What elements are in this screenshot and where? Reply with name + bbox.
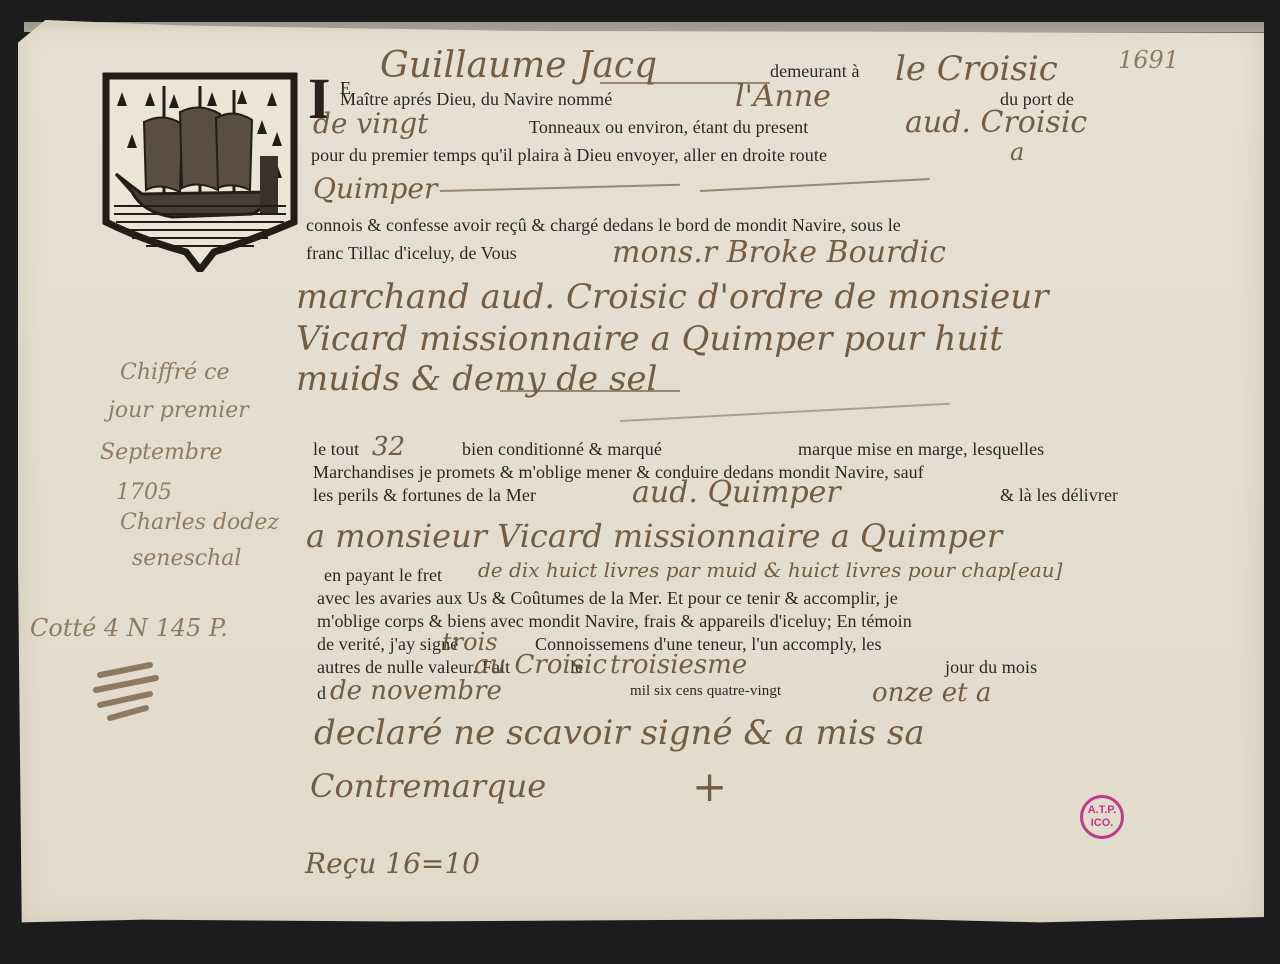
printed-line: d bbox=[317, 684, 326, 702]
handwritten-present-at: aud. Croisic bbox=[905, 108, 1087, 138]
handwritten-deliver-to: a monsieur Vicard missionnaire a Quimper bbox=[306, 520, 1002, 552]
handwritten-declaration-line1: declaré ne scavoir signé & a mis sa bbox=[314, 716, 925, 750]
ink-stroke bbox=[500, 390, 680, 392]
handwritten-shipper-line2: marchand aud. Croisic d'ordre de monsieu… bbox=[296, 280, 1048, 314]
printed-line: jour du mois bbox=[945, 658, 1037, 676]
archive-stamp: A.T.P. ICO. bbox=[1080, 795, 1124, 839]
handwritten-made-at: au Croisic bbox=[474, 652, 607, 678]
printed-line: le tout bbox=[313, 440, 359, 458]
bottom-receipt-note: Reçu 16=10 bbox=[305, 850, 480, 878]
margin-note-line: 1705 bbox=[116, 482, 172, 504]
printed-line: les perils & fortunes de la Mer bbox=[313, 486, 536, 504]
merchant-mark-icon bbox=[90, 660, 170, 730]
handwritten-shipper: mons.r Broke Bourdic bbox=[612, 238, 946, 268]
printed-line: mil six cens quatre-vingt bbox=[630, 684, 781, 699]
printed-line: de verité, j'ay signé bbox=[317, 635, 458, 653]
printed-line: marque mise en marge, lesquelles bbox=[798, 440, 1044, 458]
handwritten-destination: Quimper bbox=[313, 175, 437, 203]
printed-line: bien conditionné & marqué bbox=[462, 440, 662, 458]
printed-line: demeurant à bbox=[770, 62, 860, 80]
handwritten-year-suffix: onze et a bbox=[872, 680, 991, 706]
archive-number: 1691 bbox=[1118, 48, 1179, 72]
ship-crest-icon bbox=[102, 72, 298, 272]
printed-line: franc Tillac d'iceluy, de Vous bbox=[306, 244, 517, 262]
handwritten-route: a bbox=[1010, 140, 1024, 164]
handwritten-day: troisiesme bbox=[610, 652, 747, 678]
printed-line: connois & confesse avoir reçû & chargé d… bbox=[306, 216, 901, 234]
handwritten-deliver-place: aud. Quimper bbox=[632, 478, 841, 508]
margin-note-line: Chiffré ce bbox=[120, 362, 230, 384]
stamp-line2: ICO. bbox=[1083, 817, 1121, 830]
margin-note-line: seneschal bbox=[132, 548, 241, 570]
margin-note-line: jour premier bbox=[108, 400, 249, 422]
margin-note-line: Charles dodez bbox=[120, 512, 279, 534]
handwritten-freight: de dix huict livres par muid & huict liv… bbox=[478, 560, 1062, 580]
printed-line: pour du premier temps qu'il plaira à Die… bbox=[311, 146, 827, 164]
paper-top-edge bbox=[24, 22, 1264, 32]
handwritten-tonnage: de vingt bbox=[313, 110, 428, 138]
handwritten-ship-name: l'Anne bbox=[735, 82, 831, 112]
printed-line: & là les délivrer bbox=[1000, 486, 1118, 504]
handwritten-master-name: Guillaume Jacq bbox=[380, 48, 657, 84]
handwritten-month: de novembre bbox=[330, 678, 502, 704]
handwritten-mark-count: 32 bbox=[372, 434, 405, 460]
printed-line: Maître aprés Dieu, du Navire nommé bbox=[340, 90, 612, 108]
handwritten-declaration-line2: Contremarque bbox=[310, 770, 546, 802]
cote-reference: Cotté 4 N 145 P. bbox=[30, 616, 228, 640]
handwritten-residence: le Croisic bbox=[895, 52, 1058, 86]
cross-mark: + bbox=[692, 766, 727, 808]
printed-line: en payant le fret bbox=[324, 566, 442, 584]
handwritten-shipper-line3: Vicard missionnaire a Quimper pour huit bbox=[296, 322, 1003, 356]
printed-line: m'oblige corps & biens avec mondit Navir… bbox=[317, 612, 912, 630]
printed-line: avec les avaries aux Us & Coûtumes de la… bbox=[317, 589, 898, 607]
printed-line: Tonneaux ou environ, étant du present bbox=[529, 118, 808, 136]
stamp-line1: A.T.P. bbox=[1083, 804, 1121, 817]
margin-note-line: Septembre bbox=[100, 442, 223, 464]
